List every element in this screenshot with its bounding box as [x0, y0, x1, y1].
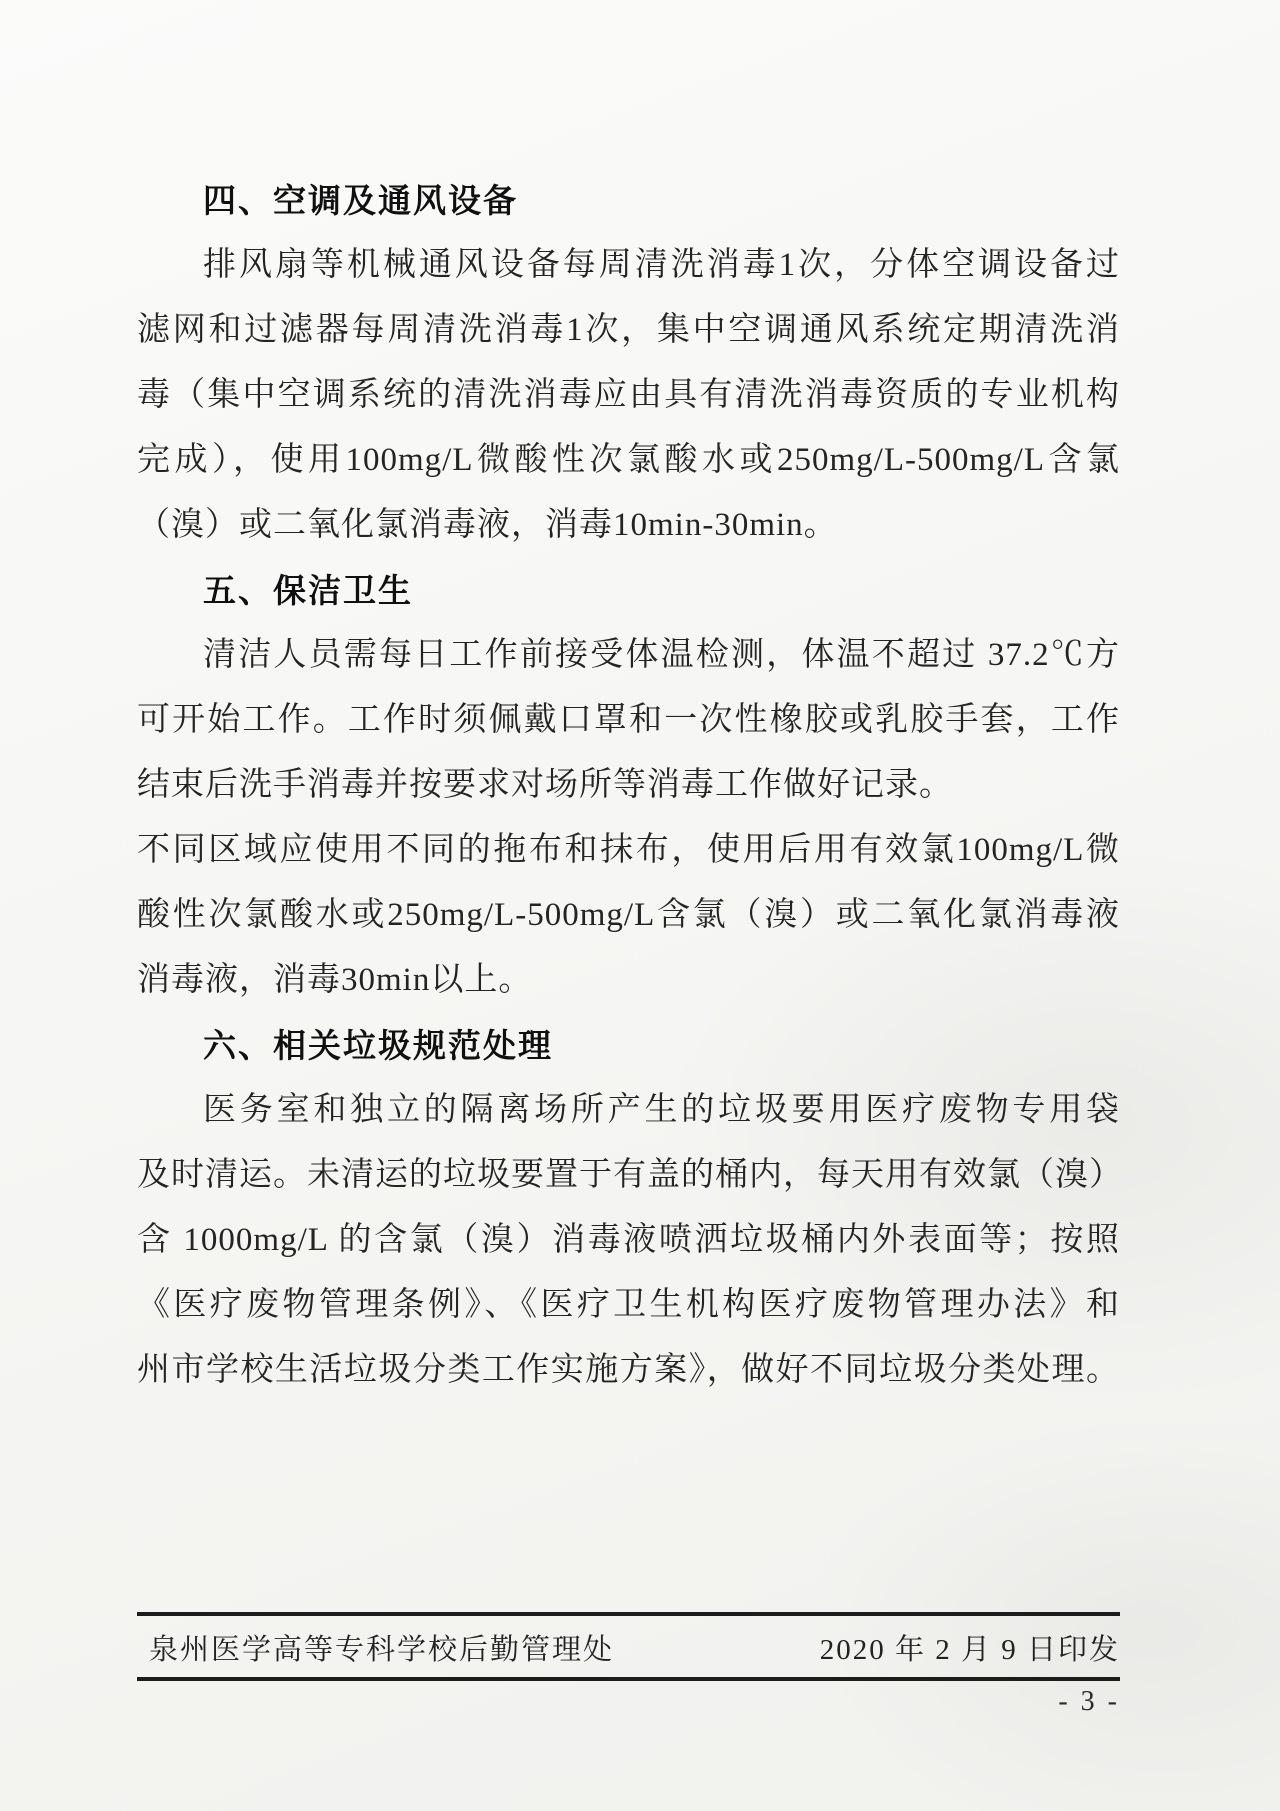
text-line: 酸性次氯酸水或250mg/L-500mg/L含氯（溴）或二氧化氯消毒液 — [137, 883, 1120, 948]
text-line: 《医疗废物管理条例》、《医疗卫生机构医疗废物管理办法》和《泉 — [137, 1273, 1120, 1338]
text-line: 毒（集中空调系统的清洗消毒应由具有清洗消毒资质的专业机构 — [137, 363, 1120, 428]
text-line: 排风扇等机械通风设备每周清洗消毒1次，分体空调设备过 — [137, 233, 1120, 298]
text-line: 完成），使用100mg/L微酸性次氯酸水或250mg/L-500mg/L含氯 — [137, 428, 1120, 493]
text-line: 含 1000mg/L 的含氯（溴）消毒液喷洒垃圾桶内外表面等；按照 — [137, 1208, 1120, 1273]
section-heading: 六、相关垃圾规范处理 — [137, 1013, 1120, 1078]
footer-rule-top — [137, 1612, 1120, 1616]
text-line: 不同区域应使用不同的拖布和抹布，使用后用有效氯100mg/L微 — [137, 818, 1120, 883]
text-line: 可开始工作。工作时须佩戴口罩和一次性橡胶或乳胶手套，工作 — [137, 688, 1120, 753]
footer-date: 2020 年 2 月 9 日印发 — [820, 1627, 1120, 1668]
document-page: { "sections": [ { "heading": "四、空调及通风设备"… — [0, 0, 1280, 1811]
text-line: 医务室和独立的隔离场所产生的垃圾要用医疗废物专用袋 — [137, 1078, 1120, 1143]
footer-issuer: 泉州医学高等专科学校后勤管理处 — [137, 1627, 614, 1668]
text-line: 清洁人员需每日工作前接受体温检测，体温不超过 37.2℃方 — [137, 623, 1120, 688]
text-line: 及时清运。未清运的垃圾要置于有盖的桶内，每天用有效氯（溴） — [137, 1143, 1120, 1208]
page-number: - 3 - — [137, 1686, 1120, 1718]
footer-rule-bottom — [137, 1677, 1120, 1681]
section-heading: 五、保洁卫生 — [137, 558, 1120, 623]
section-heading: 四、空调及通风设备 — [137, 168, 1120, 233]
text-line: 滤网和过滤器每周清洗消毒1次，集中空调通风系统定期清洗消 — [137, 298, 1120, 363]
text-line: 州市学校生活垃圾分类工作实施方案》，做好不同垃圾分类处理。 — [137, 1338, 1120, 1403]
text-line: 结束后洗手消毒并按要求对场所等消毒工作做好记录。 — [137, 753, 1120, 818]
footer: 泉州医学高等专科学校后勤管理处 2020 年 2 月 9 日印发 — [137, 1620, 1120, 1674]
document-body: 四、空调及通风设备排风扇等机械通风设备每周清洗消毒1次，分体空调设备过滤网和过滤… — [137, 168, 1120, 1403]
text-line: （溴）或二氧化氯消毒液，消毒10min-30min。 — [137, 493, 1120, 558]
text-line: 消毒液，消毒30min以上。 — [137, 948, 1120, 1013]
